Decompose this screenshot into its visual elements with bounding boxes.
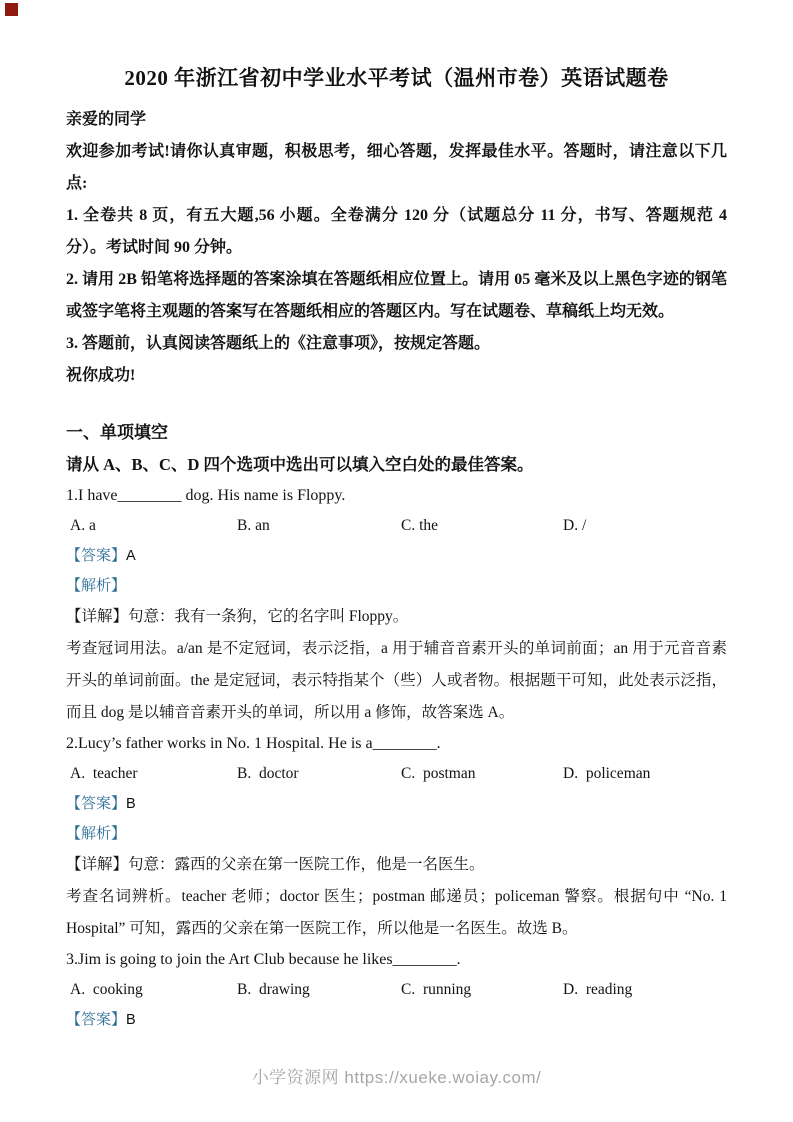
option-c: C. the	[401, 511, 563, 541]
section-instruction: 请从 A、B、C、D 四个选项中选出可以填入空白处的最佳答案。	[66, 449, 727, 481]
question-stem: 2.Lucy’s father works in No. 1 Hospital.…	[66, 729, 727, 759]
question-options: A. a B. an C. the D. /	[66, 511, 727, 541]
analysis-label: 【解析】	[66, 578, 126, 594]
exam-note-3: 3. 答题前，认真阅读答题纸上的《注意事项》，按规定答题。	[66, 328, 727, 360]
answer-label: 【答案】	[66, 796, 126, 812]
page-title: 2020 年浙江省初中学业水平考试（温州市卷）英语试题卷	[66, 60, 727, 96]
answer-label: 【答案】	[66, 1012, 126, 1028]
option-b: B. an	[237, 511, 401, 541]
question-stem: 1.I have________ dog. His name is Floppy…	[66, 481, 727, 511]
question-options: A. teacher B. doctor C. postman D. polic…	[66, 759, 727, 789]
option-b: B. drawing	[237, 975, 401, 1005]
welcome-line: 欢迎参加考试!请你认真审题，积极思考，细心答题，发挥最佳水平。答题时，请注意以下…	[66, 136, 727, 200]
corner-marker	[5, 3, 18, 16]
page-content: 2020 年浙江省初中学业水平考试（温州市卷）英语试题卷 亲爱的同学 欢迎参加考…	[0, 0, 793, 1035]
wish-line: 祝你成功!	[66, 360, 727, 392]
option-d: D. /	[563, 511, 727, 541]
detail-line: 【详解】句意：露西的父亲在第一医院工作，他是一名医生。	[66, 849, 727, 881]
explanation-paragraph: 考查冠词用法。a/an 是不定冠词，表示泛指，a 用于辅音音素开头的单词前面；a…	[66, 633, 727, 729]
detail-line: 【详解】句意：我有一条狗，它的名字叫 Floppy。	[66, 601, 727, 633]
option-a: A. cooking	[70, 975, 237, 1005]
answer-letter: A	[126, 548, 136, 564]
exam-note-1: 1. 全卷共 8 页，有五大题,56 小题。全卷满分 120 分（试题总分 11…	[66, 200, 727, 264]
answer-letter: B	[126, 796, 136, 812]
option-c: C. running	[401, 975, 563, 1005]
option-a: A. teacher	[70, 759, 237, 789]
option-d: D. policeman	[563, 759, 727, 789]
answer-line: 【答案】A	[66, 541, 727, 571]
question-block-2: 2.Lucy’s father works in No. 1 Hospital.…	[66, 729, 727, 945]
answer-line: 【答案】B	[66, 1005, 727, 1035]
question-stem: 3.Jim is going to join the Art Club beca…	[66, 945, 727, 975]
question-block-1: 1.I have________ dog. His name is Floppy…	[66, 481, 727, 729]
answer-line: 【答案】B	[66, 789, 727, 819]
option-c: C. postman	[401, 759, 563, 789]
footer-watermark: 小学资源网 https://xueke.woiay.com/	[0, 1064, 793, 1092]
section-heading: 一、单项填空	[66, 417, 727, 449]
greeting-line: 亲爱的同学	[66, 104, 727, 136]
option-a: A. a	[70, 511, 237, 541]
answer-label: 【答案】	[66, 548, 126, 564]
exam-note-2: 2. 请用 2B 铅笔将选择题的答案涂填在答题纸相应位置上。请用 05 毫米及以…	[66, 264, 727, 328]
analysis-line: 【解析】	[66, 819, 727, 849]
question-block-3: 3.Jim is going to join the Art Club beca…	[66, 945, 727, 1035]
option-b: B. doctor	[237, 759, 401, 789]
analysis-line: 【解析】	[66, 571, 727, 601]
option-d: D. reading	[563, 975, 727, 1005]
analysis-label: 【解析】	[66, 826, 126, 842]
exam-paper-page: 2020 年浙江省初中学业水平考试（温州市卷）英语试题卷 亲爱的同学 欢迎参加考…	[0, 0, 793, 1122]
question-options: A. cooking B. drawing C. running D. read…	[66, 975, 727, 1005]
answer-letter: B	[126, 1012, 136, 1028]
explanation-paragraph: 考查名词辨析。teacher 老师；doctor 医生；postman 邮递员；…	[66, 881, 727, 945]
